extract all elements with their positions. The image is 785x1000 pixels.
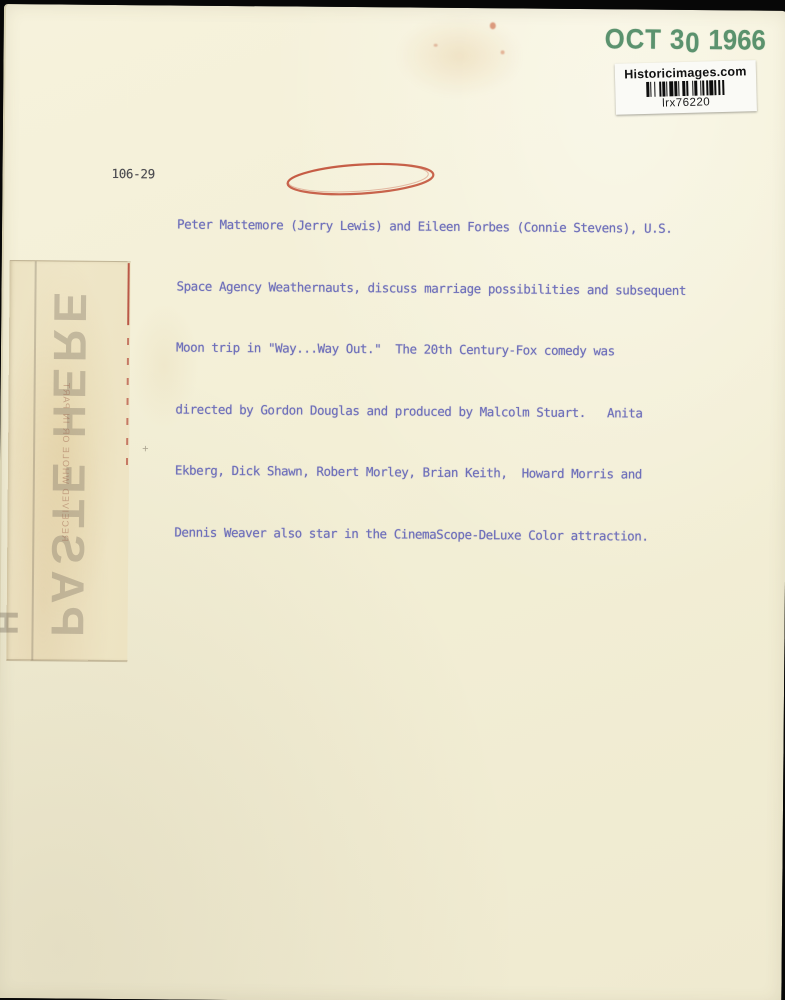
stain-red-speck xyxy=(490,22,496,29)
caption-line: directed by Gordon Douglas and produced … xyxy=(175,399,695,424)
photo-paper-back: OCT 30 1966 Historicimages.com lrx76220 … xyxy=(0,4,785,1000)
caption-line: Moon trip in "Way...Way Out." The 20th C… xyxy=(176,338,696,363)
strip-small-mirrored-text: RECEIVED WHOLE OR IN PART xyxy=(60,381,71,541)
date-stamp-month: OCT xyxy=(605,23,662,54)
caption-number: 106-29 xyxy=(111,166,154,181)
barcode-label-code: lrx76220 xyxy=(662,96,710,109)
barcode-icon xyxy=(622,79,750,97)
caption-line: Ekberg, Dick Shawn, Robert Morley, Brian… xyxy=(175,461,695,486)
strip-h-mark: H xyxy=(0,610,24,635)
paste-here-strip: PASTE HERE RECEIVED WHOLE OR IN PART H xyxy=(6,260,130,662)
strip-fold-line xyxy=(31,261,36,660)
date-stamp: OCT 30 1966 xyxy=(605,23,743,56)
caption-line: Dennis Weaver also star in the CinemaSco… xyxy=(174,522,694,547)
date-stamp-day-digit2: 0 xyxy=(685,27,701,59)
caption-line: Peter Mattemore (Jerry Lewis) and Eileen… xyxy=(177,215,697,240)
scanned-photo-back: { "stamp": { "month": "OCT", "day": "30"… xyxy=(0,0,785,1000)
barcode-label: Historicimages.com lrx76220 xyxy=(615,60,757,115)
date-stamp-year: 1966 xyxy=(708,24,766,55)
stain-red-speck xyxy=(501,50,505,54)
stain-smudge-top xyxy=(395,13,524,98)
stain-red-speck xyxy=(434,44,438,47)
caption-text: Peter Mattemore (Jerry Lewis) and Eileen… xyxy=(174,174,698,589)
caption-line: Space Agency Weathernauts, discuss marri… xyxy=(176,276,696,301)
date-stamp-day-digit1: 3 xyxy=(670,24,686,55)
tiny-plus-mark: + xyxy=(142,443,149,455)
